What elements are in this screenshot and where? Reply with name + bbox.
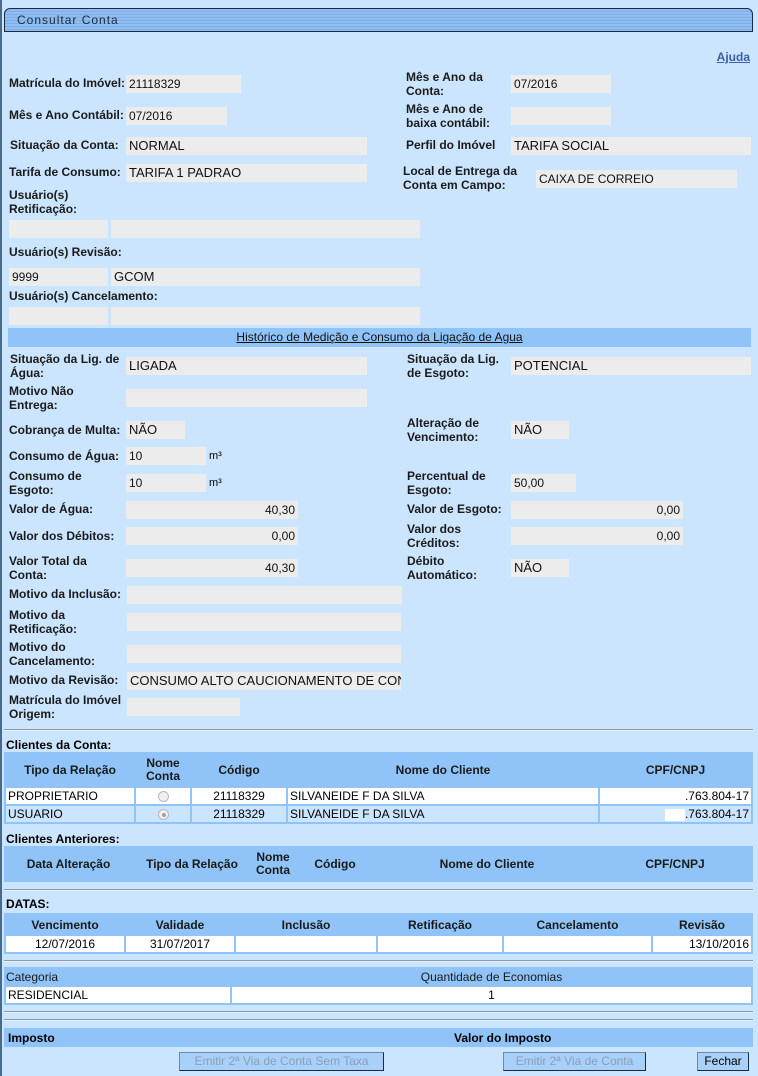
- situacao-conta-label: Situação da Conta:: [10, 138, 119, 152]
- percentual-esgoto-field: 50,00: [511, 474, 576, 492]
- tarifa-field: TARIFA 1 PADRAO: [126, 164, 367, 182]
- divider: [4, 1019, 753, 1021]
- valor-esgoto-field: 0,00: [511, 501, 683, 519]
- consumo-esgoto-field: 10: [126, 474, 206, 492]
- usuarios-retificacao-nome-field: [111, 220, 420, 238]
- debito-automatico-field: NÃO: [511, 559, 569, 577]
- cell-categoria: RESIDENCIAL: [6, 987, 230, 1003]
- valor-total-label: Valor Total da Conta:: [9, 554, 104, 582]
- cell-validade: 31/07/2017: [126, 936, 234, 952]
- col-vencimento: Vencimento: [6, 915, 124, 934]
- categoria-table: Categoria Quantidade de Economias RESIDE…: [4, 967, 753, 1005]
- tarifa-label: Tarifa de Consumo:: [9, 165, 121, 179]
- mes-ano-contabil-field: 07/2016: [126, 107, 227, 125]
- cell-cpf: .763.804-17: [600, 788, 751, 804]
- motivo-revisao-label: Motivo da Revisão:: [9, 673, 118, 687]
- fechar-button[interactable]: Fechar: [697, 1052, 749, 1071]
- cell-retificacao: [378, 936, 502, 952]
- col-retificacao: Retificação: [378, 915, 502, 934]
- perfil-imovel-field: TARIFA SOCIAL: [511, 137, 751, 155]
- motivo-cancelamento-label: Motivo do Cancelamento:: [9, 640, 109, 668]
- valor-total-field: 40,30: [126, 559, 298, 577]
- mes-ano-contabil-label: Mês e Ano Contábil:: [9, 108, 124, 122]
- mes-ano-baixa-field: [511, 107, 611, 125]
- cell-cancelamento: [504, 936, 651, 952]
- col-cancelamento: Cancelamento: [504, 915, 651, 934]
- table-row: PROPRIETARIO 21118329 SILVANEIDE F DA SI…: [6, 788, 751, 804]
- motivo-cancelamento-field: [127, 645, 401, 663]
- cell-vencimento: 12/07/2016: [6, 936, 124, 952]
- col-data-alteracao: Data Alteração: [6, 848, 131, 880]
- clientes-anteriores-table: Data Alteração Tipo da Relação Nome Cont…: [4, 846, 753, 882]
- col-nome-cliente: Nome do Cliente: [288, 754, 598, 786]
- col-validade: Validade: [126, 915, 234, 934]
- valor-creditos-field: 0,00: [511, 527, 683, 545]
- window-title: Consultar Conta: [17, 13, 119, 27]
- consumo-esgoto-label: Consumo de Esgoto:: [9, 469, 94, 497]
- situacao-conta-field: NORMAL: [126, 137, 367, 155]
- sit-esgoto-field: POTENCIAL: [511, 357, 751, 375]
- usuarios-cancelamento-label: Usuário(s) Cancelamento:: [9, 289, 158, 303]
- historico-section-header[interactable]: Histórico de Medição e Consumo da Ligaçã…: [8, 328, 751, 347]
- mes-ano-baixa-label: Mês e Ano de baixa contábil:: [406, 102, 501, 130]
- datas-title: DATAS:: [6, 897, 50, 911]
- valor-debitos-field: 0,00: [126, 527, 298, 545]
- usuarios-retificacao-label: Usuário(s) Retificação:: [9, 188, 89, 216]
- nome-conta-radio[interactable]: [158, 791, 169, 802]
- col-inclusao: Inclusão: [236, 915, 376, 934]
- imposto-header: Imposto Valor do Imposto: [4, 1028, 753, 1047]
- local-entrega-label: Local de Entrega da Conta em Campo:: [403, 164, 528, 192]
- emitir-segunda-via-sem-taxa-button[interactable]: Emitir 2ª Via de Conta Sem Taxa: [179, 1052, 384, 1071]
- col-nome-cliente: Nome do Cliente: [377, 848, 597, 880]
- clientes-anteriores-title: Clientes Anteriores:: [6, 832, 120, 846]
- table-row: 12/07/2016 31/07/2017 13/10/2016: [6, 936, 751, 952]
- cell-codigo: 21118329: [192, 788, 286, 804]
- col-tipo-relacao: Tipo da Relação: [6, 754, 134, 786]
- motivo-retificacao-field: [127, 613, 401, 631]
- motivo-inclusao-label: Motivo da Inclusão:: [9, 587, 121, 601]
- valor-creditos-label: Valor dos Créditos:: [407, 522, 487, 550]
- col-cpf: CPF/CNPJ: [600, 754, 751, 786]
- col-quantidade-economias: Quantidade de Economias: [232, 969, 751, 985]
- clientes-table: Tipo da Relação Nome Conta Código Nome d…: [4, 752, 753, 824]
- cell-cpf: .763.804-17: [685, 807, 749, 821]
- clientes-title: Clientes da Conta:: [6, 738, 111, 752]
- consumo-esgoto-unit: m³: [209, 477, 222, 489]
- alteracao-vencimento-label: Alteração de Vencimento:: [407, 416, 497, 444]
- mes-ano-conta-field: 07/2016: [511, 75, 611, 93]
- usuarios-cancelamento-nome-field: [111, 307, 420, 325]
- help-link[interactable]: Ajuda: [717, 50, 750, 64]
- cobranca-multa-label: Cobrança de Multa:: [9, 423, 120, 437]
- sit-agua-field: LIGADA: [126, 357, 367, 375]
- cell-tipo: PROPRIETARIO: [6, 788, 134, 804]
- col-nome-conta: Nome Conta: [253, 848, 293, 880]
- table-row: USUARIO 21118329 SILVANEIDE F DA SILVA .…: [6, 806, 751, 822]
- cell-codigo: 21118329: [192, 806, 286, 822]
- valor-esgoto-label: Valor de Esgoto:: [407, 502, 502, 516]
- cell-tipo: USUARIO: [6, 806, 134, 822]
- usuarios-retificacao-id-field: [9, 220, 108, 238]
- motivo-nao-entrega-field: [126, 389, 367, 407]
- usuarios-revisao-id-field: 9999: [9, 268, 108, 286]
- redacted-block: [665, 809, 685, 821]
- datas-table: Vencimento Validade Inclusão Retificação…: [4, 913, 753, 954]
- emitir-segunda-via-button[interactable]: Emitir 2ª Via de Conta: [503, 1052, 646, 1071]
- col-revisao: Revisão: [653, 915, 751, 934]
- divider: [4, 889, 753, 891]
- cell-revisao: 13/10/2016: [653, 936, 751, 952]
- percentual-esgoto-label: Percentual de Esgoto:: [407, 469, 502, 497]
- valor-agua-field: 40,30: [126, 501, 298, 519]
- col-categoria: Categoria: [6, 969, 230, 985]
- col-cpf: CPF/CNPJ: [599, 848, 751, 880]
- sit-esgoto-label: Situação da Lig. de Esgoto:: [407, 352, 502, 380]
- col-imposto: Imposto: [8, 1031, 55, 1045]
- usuarios-revisao-label: Usuário(s) Revisão:: [9, 245, 122, 259]
- window-titlebar: Consultar Conta: [4, 8, 753, 32]
- historico-section-link[interactable]: Histórico de Medição e Consumo da Ligaçã…: [236, 330, 522, 344]
- motivo-inclusao-field: [127, 586, 402, 604]
- motivo-nao-entrega-label: Motivo Não Entrega:: [9, 384, 89, 412]
- col-codigo: Código: [192, 754, 286, 786]
- usuarios-revisao-nome-field: GCOM: [111, 268, 420, 286]
- matricula-field: 21118329: [126, 75, 241, 93]
- divider: [4, 960, 753, 962]
- matricula-origem-label: Matrícula do Imóvel Origem:: [9, 693, 129, 721]
- cell-inclusao: [236, 936, 376, 952]
- matricula-label: Matrícula do Imóvel:: [9, 76, 125, 90]
- mes-ano-conta-label: Mês e Ano da Conta:: [406, 70, 501, 98]
- debito-automatico-label: Débito Automático:: [407, 554, 487, 582]
- table-row: RESIDENCIAL 1: [6, 987, 751, 1003]
- sit-agua-label: Situação da Lig. de Água:: [10, 352, 120, 380]
- consumo-agua-unit: m³: [209, 450, 222, 462]
- motivo-revisao-field: CONSUMO ALTO CAUCIONAMENTO DE CONSUMO: [127, 672, 401, 690]
- usuarios-cancelamento-id-field: [9, 307, 108, 325]
- perfil-imovel-label: Perfil do Imóvel: [406, 138, 495, 152]
- col-nome-conta: Nome Conta: [136, 754, 190, 786]
- nome-conta-radio-selected[interactable]: [158, 809, 169, 820]
- cell-quantidade: 1: [232, 987, 751, 1003]
- cell-nome: SILVANEIDE F DA SILVA: [288, 806, 598, 822]
- divider: [4, 1011, 753, 1013]
- consumo-agua-label: Consumo de Água:: [9, 449, 119, 463]
- consumo-agua-field: 10: [126, 447, 206, 465]
- valor-agua-label: Valor de Água:: [9, 502, 93, 516]
- local-entrega-field: CAIXA DE CORREIO: [536, 170, 737, 188]
- col-codigo: Código: [295, 848, 375, 880]
- col-tipo-relacao: Tipo da Relação: [133, 848, 251, 880]
- cobranca-multa-field: NÃO: [126, 421, 185, 439]
- matricula-origem-field: [127, 698, 240, 716]
- cell-nome: SILVANEIDE F DA SILVA: [288, 788, 598, 804]
- motivo-retificacao-label: Motivo da Retificação:: [9, 608, 89, 636]
- col-valor-imposto: Valor do Imposto: [454, 1031, 551, 1045]
- valor-debitos-label: Valor dos Débitos:: [9, 529, 114, 543]
- divider: [4, 729, 753, 731]
- alteracao-vencimento-field: NÃO: [511, 421, 569, 439]
